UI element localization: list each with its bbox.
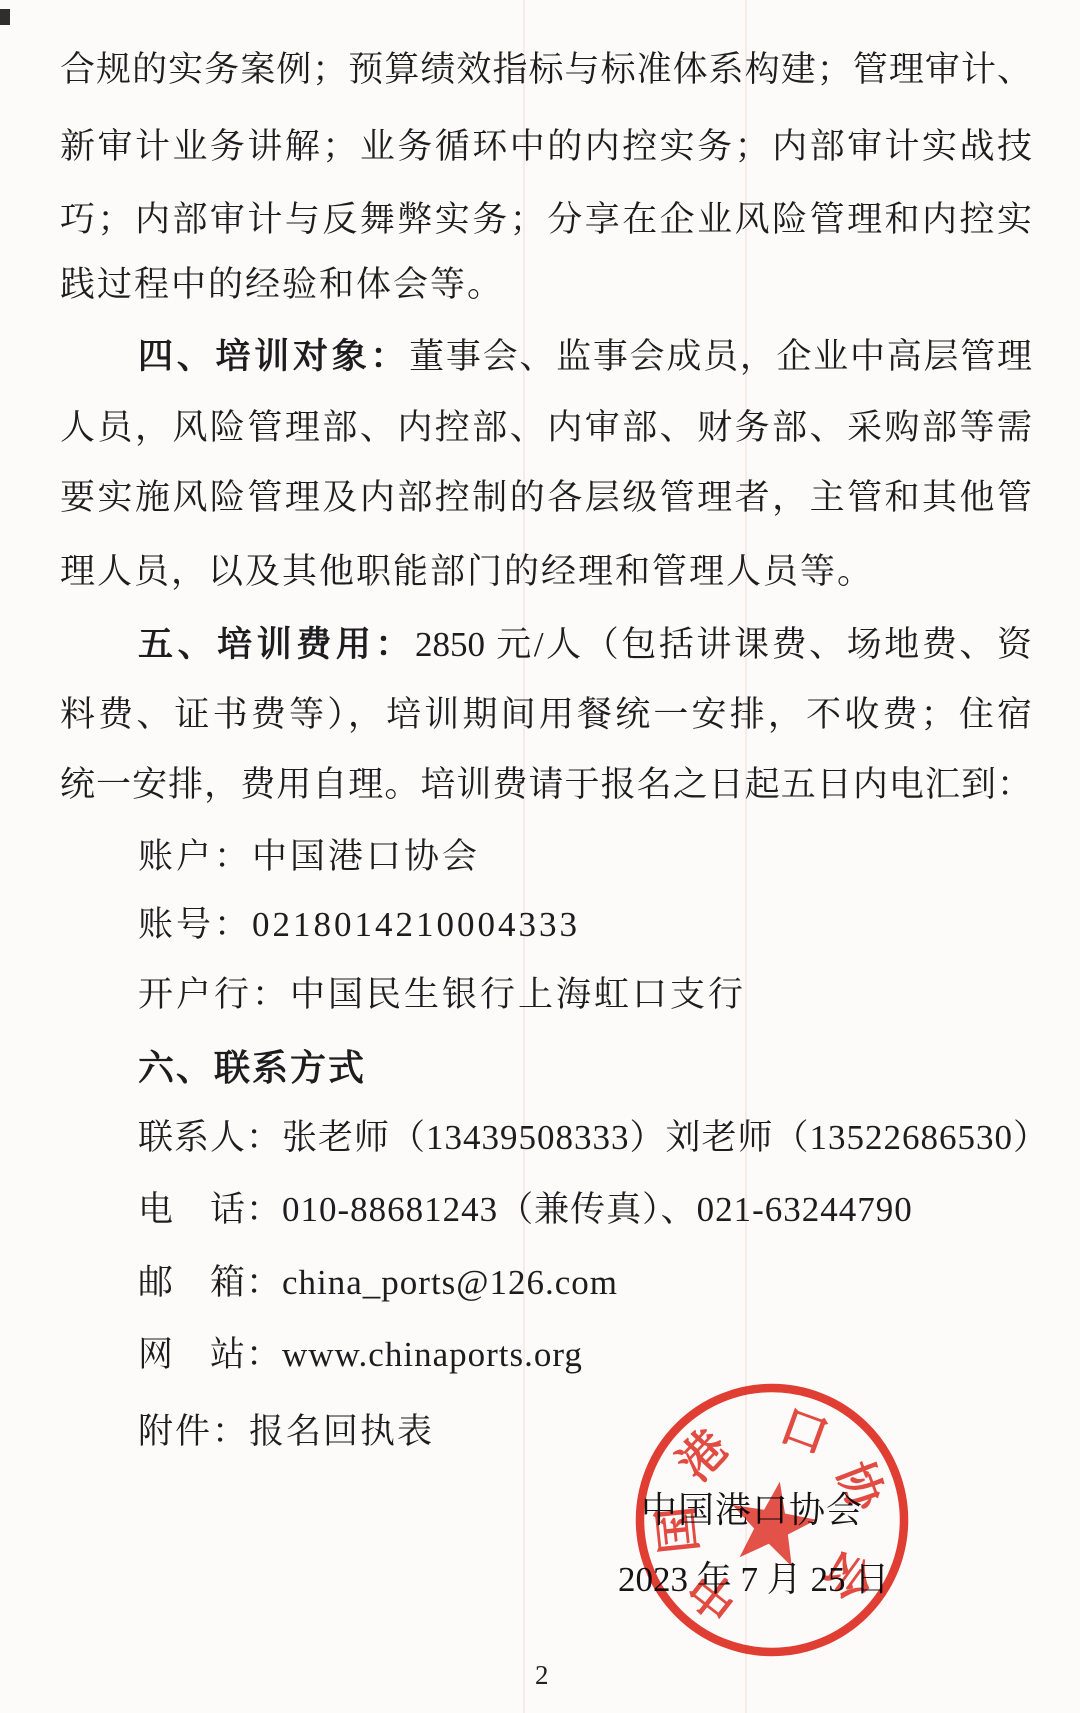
section-5-text: 2850 元/人（包括讲课费、场地费、资 (415, 625, 1032, 664)
contact-person-line: 联系人：张老师（13439508333）刘老师（13522686530） (138, 1115, 1049, 1161)
document-page: 合规的实务案例；预算绩效指标与标准体系构建；管理审计、 新审计业务讲解；业务循环… (0, 0, 1080, 1713)
section-5-heading: 五、培训费用： (138, 625, 415, 664)
bank-branch: 开户行：中国民生银行上海虹口支行 (138, 972, 746, 1018)
body-line: 践过程中的经验和体会等。 (60, 262, 1032, 308)
body-line: 新审计业务讲解；业务循环中的内控实务；内部审计实战技 (60, 124, 1032, 170)
scan-corner-artifact (0, 9, 10, 25)
phone-line: 电 话：010-88681243（兼传真）、021-63244790 (138, 1187, 913, 1233)
body-line: 料费、证书费等），培训期间用餐统一安排，不收费；住宿 (60, 692, 1032, 738)
body-line: 人员，风险管理部、内控部、内审部、财务部、采购部等需 (60, 405, 1032, 451)
body-line: 四、培训对象：董事会、监事会成员，企业中高层管理 (60, 334, 1032, 380)
section-4-text: 董事会、监事会成员，企业中高层管理 (409, 337, 1032, 376)
email-line: 邮 箱：china_ports@126.com (138, 1260, 618, 1306)
section-4-heading: 四、培训对象： (138, 337, 409, 376)
scan-streak (745, 0, 747, 1713)
bank-account-number: 账号：0218014210004333 (138, 902, 580, 948)
seal-ring-char: 口 (772, 1388, 839, 1467)
scan-streak (523, 0, 525, 1713)
attachment-line: 附件：报名回执表 (138, 1409, 434, 1455)
signature-date: 2023 年 7 月 25 日 (618, 1552, 889, 1602)
body-line: 巧；内部审计与反舞弊实务；分享在企业风险管理和内控实 (60, 197, 1032, 243)
body-line: 要实施风险管理及内部控制的各层级管理者，主管和其他管 (60, 475, 1032, 521)
body-line: 合规的实务案例；预算绩效指标与标准体系构建；管理审计、 (60, 47, 1032, 93)
body-line: 五、培训费用：2850 元/人（包括讲课费、场地费、资 (60, 622, 1032, 668)
bank-account-name: 账户：中国港口协会 (138, 834, 480, 880)
page-number: 2 (535, 1660, 549, 1691)
body-line: 理人员，以及其他职能部门的经理和管理人员等。 (60, 549, 1032, 595)
signature-org: 中国港口协会 (641, 1482, 863, 1533)
website-line: 网 站：www.chinaports.org (138, 1332, 583, 1378)
body-line: 统一安排，费用自理。培训费请于报名之日起五日内电汇到： (60, 762, 1032, 808)
section-6-heading: 六、联系方式 (138, 1045, 366, 1091)
